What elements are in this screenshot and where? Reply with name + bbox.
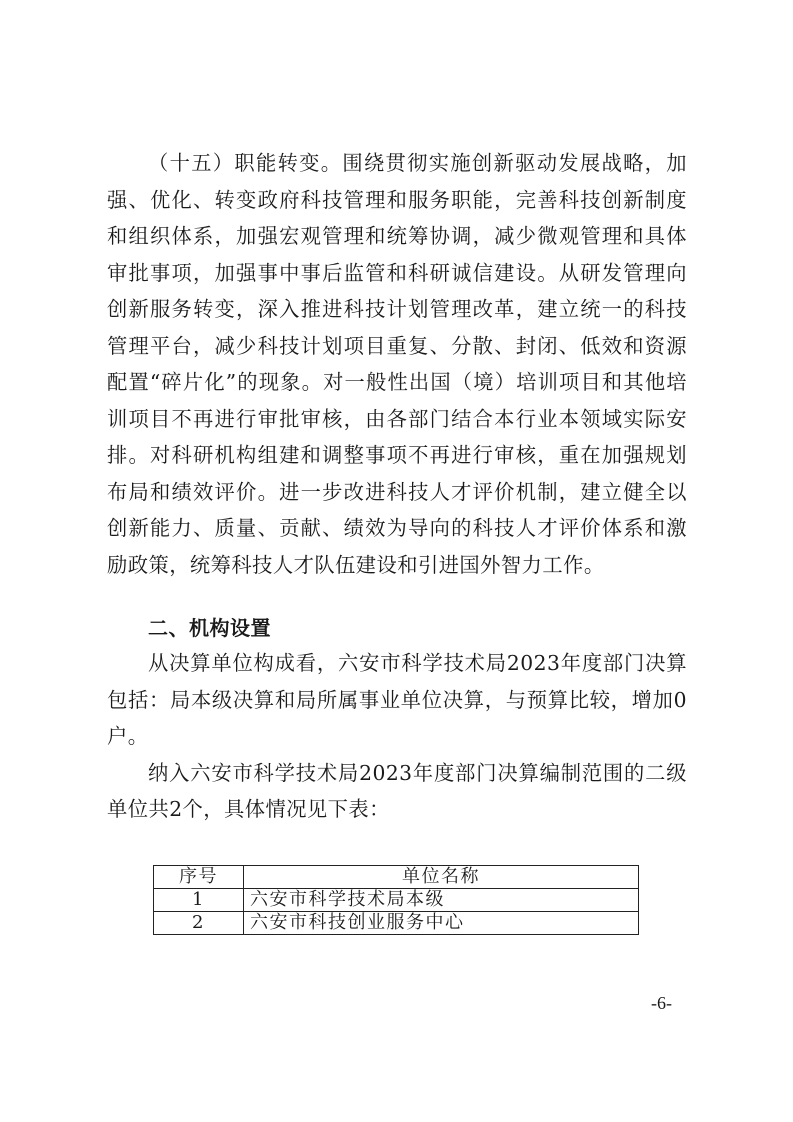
paragraph-function-transformation: （十五）职能转变。围绕贯彻实施创新驱动发展战略，加强、优化、转变政府科技管理和服…	[107, 145, 687, 583]
table-header-row: 序号 单位名称	[154, 866, 639, 889]
row-unit-name: 六安市科技创业服务中心	[244, 912, 639, 935]
row-number: 1	[154, 889, 244, 912]
table-row: 2 六安市科技创业服务中心	[154, 912, 639, 935]
page-number: -6-	[651, 993, 672, 1014]
document-page: （十五）职能转变。围绕贯彻实施创新驱动发展战略，加强、优化、转变政府科技管理和服…	[107, 145, 687, 828]
secondary-units-table: 序号 单位名称 1 六安市科学技术局本级 2 六安市科技创业服务中心	[153, 865, 639, 935]
paragraph-budget-units: 从决算单位构成看，六安市科学技术局2023年度部门决算包括：局本级决算和局所属事…	[107, 645, 687, 755]
row-number: 2	[154, 912, 244, 935]
row-unit-name: 六安市科学技术局本级	[244, 889, 639, 912]
column-header-number: 序号	[154, 866, 244, 889]
column-header-unit-name: 单位名称	[244, 866, 639, 889]
section-heading-organization: 二、机构设置	[107, 611, 687, 645]
table-row: 1 六安市科学技术局本级	[154, 889, 639, 912]
paragraph-secondary-units: 纳入六安市科学技术局2023年度部门决算编制范围的二级单位共2个，具体情况见下表…	[107, 755, 687, 828]
